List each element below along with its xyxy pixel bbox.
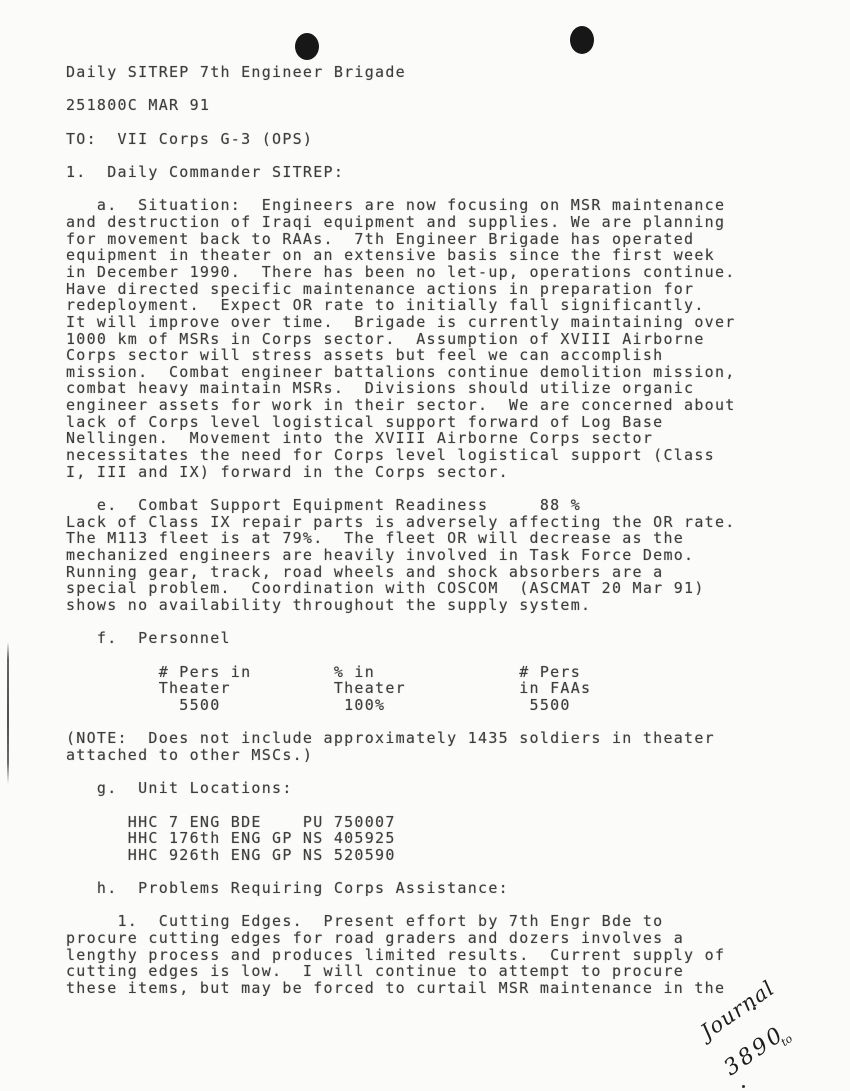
handwritten-annotation: Journal to 3890: [692, 998, 850, 1091]
document-line: [66, 147, 736, 164]
document-line: 1000 km of MSRs in Corps sector. Assumpt…: [66, 331, 736, 348]
document-line: lengthy process and produces limited res…: [66, 947, 736, 964]
document-line: Daily SITREP 7th Engineer Brigade: [66, 64, 736, 81]
document-line: equipment in theater on an extensive bas…: [66, 247, 736, 264]
document-line: # Pers in % in # Pers: [66, 664, 736, 681]
scan-edge-artifact: [7, 642, 9, 784]
document-line: I, III and IX) forward in the Corps sect…: [66, 464, 736, 481]
document-line: [66, 897, 736, 914]
document-line: 1. Daily Commander SITREP:: [66, 164, 736, 181]
document-line: necessitates the need for Corps level lo…: [66, 447, 736, 464]
document-line: 1. Cutting Edges. Present effort by 7th …: [66, 913, 736, 930]
document-line: [66, 647, 736, 664]
document-line: It will improve over time. Brigade is cu…: [66, 314, 736, 331]
document-line: [66, 797, 736, 814]
document-line: procure cutting edges for road graders a…: [66, 930, 736, 947]
document-line: Nellingen. Movement into the XVIII Airbo…: [66, 430, 736, 447]
document-line: e. Combat Support Equipment Readiness 88…: [66, 497, 736, 514]
handwritten-word: 3890: [720, 1022, 790, 1081]
document-line: mechanized engineers are heavily involve…: [66, 547, 736, 564]
document-line: shows no availability throughout the sup…: [66, 597, 736, 614]
document-line: Running gear, track, road wheels and sho…: [66, 564, 736, 581]
document-line: f. Personnel: [66, 630, 736, 647]
document-line: these items, but may be forced to curtai…: [66, 980, 736, 997]
document-line: [66, 764, 736, 781]
document-line: mission. Combat engineer battalions cont…: [66, 364, 736, 381]
document-line: engineer assets for work in their sector…: [66, 397, 736, 414]
document-line: and destruction of Iraqi equipment and s…: [66, 214, 736, 231]
document-line: HHC 176th ENG GP NS 405925: [66, 830, 736, 847]
document-line: combat heavy maintain MSRs. Divisions sh…: [66, 380, 736, 397]
document-line: redeployment. Expect OR rate to initiall…: [66, 297, 736, 314]
document-line: Theater Theater in FAAs: [66, 680, 736, 697]
scanned-page: Daily SITREP 7th Engineer Brigade251800C…: [0, 0, 850, 1091]
document-line: cutting edges is low. I will continue to…: [66, 963, 736, 980]
document-line: [66, 114, 736, 131]
document-line: [66, 81, 736, 98]
document-line: [66, 480, 736, 497]
document-line: [66, 714, 736, 731]
document-line: in December 1990. There has been no let-…: [66, 264, 736, 281]
document-line: [66, 181, 736, 198]
document-line: Corps sector will stress assets but feel…: [66, 347, 736, 364]
document-line: HHC 926th ENG GP NS 520590: [66, 847, 736, 864]
document-line: [66, 864, 736, 881]
document-line: The M113 fleet is at 79%. The fleet OR w…: [66, 530, 736, 547]
hole-punch-mark: [295, 33, 319, 60]
document-line: [66, 614, 736, 631]
document-line: (NOTE: Does not include approximately 14…: [66, 730, 736, 747]
document-line: attached to other MSCs.): [66, 747, 736, 764]
document-line: for movement back to RAAs. 7th Engineer …: [66, 231, 736, 248]
document-line: TO: VII Corps G-3 (OPS): [66, 131, 736, 148]
document-line: special problem. Coordination with COSCO…: [66, 580, 736, 597]
document-line: lack of Corps level logistical support f…: [66, 414, 736, 431]
document-line: g. Unit Locations:: [66, 780, 736, 797]
hole-punch-mark: [570, 26, 594, 54]
document-line: Lack of Class IX repair parts is adverse…: [66, 514, 736, 531]
document-line: a. Situation: Engineers are now focusing…: [66, 197, 736, 214]
document-body: Daily SITREP 7th Engineer Brigade251800C…: [66, 64, 736, 997]
document-line: 5500 100% 5500: [66, 697, 736, 714]
document-line: h. Problems Requiring Corps Assistance:: [66, 880, 736, 897]
document-line: 251800C MAR 91: [66, 97, 736, 114]
document-line: HHC 7 ENG BDE PU 750007: [66, 814, 736, 831]
document-line: Have directed specific maintenance actio…: [66, 281, 736, 298]
